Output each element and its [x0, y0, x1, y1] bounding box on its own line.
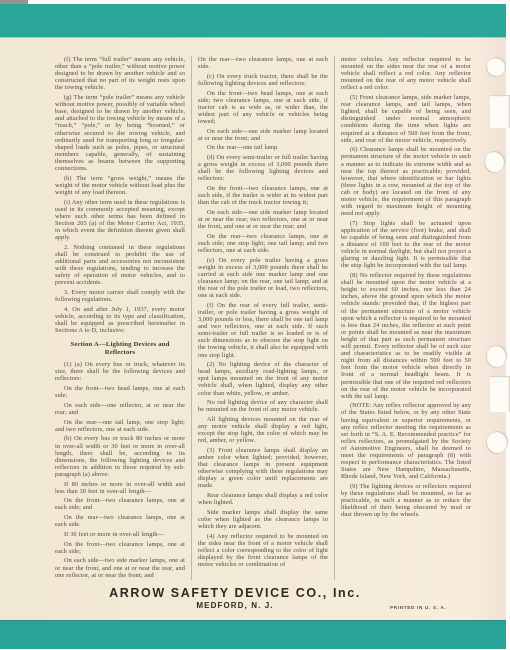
- paragraph: On each side—one side marker lamp locate…: [198, 128, 328, 142]
- paragraph: On the front—two head lamps, one at each…: [198, 90, 328, 125]
- paragraph: On the rear—two clearance lamps, one at …: [198, 233, 328, 254]
- paragraph: 3. Every motor carrier shall comply with…: [55, 289, 185, 303]
- paragraph: Rear clearance lamps shall display a red…: [198, 492, 328, 506]
- paragraph: On the front—two head lamps, one at each…: [55, 385, 185, 399]
- paragraph: (9) The lighting devices or reflectors r…: [341, 483, 471, 518]
- paragraph: (1) (a) On every bus or truck, whatever …: [55, 361, 185, 382]
- paragraph: On the front—two clearance lamps, one at…: [55, 541, 185, 555]
- paragraph: On each side—one side marker lamp locate…: [198, 209, 328, 230]
- printed-in-usa-label: PRINTED IN U. S. A.: [390, 605, 447, 610]
- paragraph: On the front—two clearance lamps, one at…: [198, 185, 328, 206]
- paragraph: On the rear—two clearance lamps, one at …: [55, 514, 185, 528]
- paragraph: (8) No reflector required by these regul…: [341, 272, 471, 400]
- binder-slot: [490, 376, 510, 412]
- binder-slot: [490, 95, 510, 128]
- column-middle: On the rear—two clearance lamps, one at …: [191, 56, 328, 580]
- punch-hole: [487, 57, 506, 76]
- paragraph: On each side—one reflector, at or near t…: [55, 402, 185, 416]
- column-right: motor vehicles. Any reflector required t…: [334, 56, 471, 580]
- paragraph: (7) Stop lights shall be actuated upon a…: [341, 220, 471, 270]
- paragraph: If 80 inches or more in over-all width a…: [55, 481, 185, 495]
- paragraph: 2. Nothing contained in these regulation…: [55, 244, 185, 287]
- paper-page: (f) The term “full trailer” means any ve…: [0, 37, 506, 621]
- paragraph: (5) Front clearance lamps, side marker l…: [341, 94, 471, 144]
- paragraph: (i) Any other term used in these regulat…: [55, 199, 185, 242]
- paragraph: (h) The term “gross weight,” means the w…: [55, 175, 185, 196]
- paragraph: (2) No lighting device of the character …: [198, 361, 328, 396]
- paragraph: motor vehicles. Any reflector required t…: [341, 56, 471, 91]
- column-left: (f) The term “full trailer” means any ve…: [55, 56, 185, 580]
- paragraph: Side marker lamps shall display the same…: [198, 509, 328, 530]
- paragraph: (e) On every pole trailer having a gross…: [198, 257, 328, 300]
- paragraph: No red lighting device of any character …: [198, 399, 328, 413]
- binder-band-top: [0, 4, 507, 37]
- paragraph: All lighting devices mounted on the rear…: [198, 416, 328, 444]
- punch-hole: [485, 151, 505, 172]
- text-columns: (f) The term “full trailer” means any ve…: [55, 56, 471, 580]
- paragraph: (4) Any reflector required to be mounted…: [198, 533, 328, 568]
- paragraph: (c) On every truck tractor, there shall …: [198, 73, 328, 87]
- paragraph: If 30 feet or more in over-all length—: [55, 531, 185, 538]
- paragraph: (6) Clearance lamps shall be mounted on …: [341, 146, 471, 217]
- binder-band-bottom: [0, 620, 507, 649]
- paragraph: (f) The term “full trailer” means any ve…: [55, 56, 185, 91]
- paragraph: On the rear—one tail lamp.: [198, 144, 328, 151]
- paragraph: On each side—two side marker lamps, one …: [55, 557, 185, 578]
- punch-hole: [487, 431, 508, 453]
- footer: ARROW SAFETY DEVICE CO., Inc. MEDFORD, N…: [0, 586, 470, 610]
- paragraph: On the rear—one tail lamp, one stop ligh…: [55, 419, 185, 433]
- paragraph: (d) On every semi-trailer or full traile…: [198, 154, 328, 182]
- paragraph: (NOTE: Any reflex reflector approved by …: [341, 402, 471, 480]
- punch-hole: [487, 345, 507, 367]
- paragraph: (g) The term “pole trailer” means any ve…: [55, 94, 185, 172]
- paragraph: On the front—two clearance lamps, one at…: [55, 497, 185, 511]
- paragraph: (3) Front clearance lamps shall display …: [198, 447, 328, 490]
- paragraph: On the rear—two clearance lamps, one at …: [198, 56, 328, 70]
- section-heading: Section A—Lighting Devices and Reflector…: [61, 341, 179, 356]
- paragraph: 4. On and after July 1, 1937, every moto…: [55, 306, 185, 334]
- paragraph: (b) On every bus or truck 80 inches or m…: [55, 435, 185, 478]
- company-name: ARROW SAFETY DEVICE CO., Inc.: [0, 586, 470, 600]
- paragraph: (f) On the rear of every full trailer, s…: [198, 302, 328, 359]
